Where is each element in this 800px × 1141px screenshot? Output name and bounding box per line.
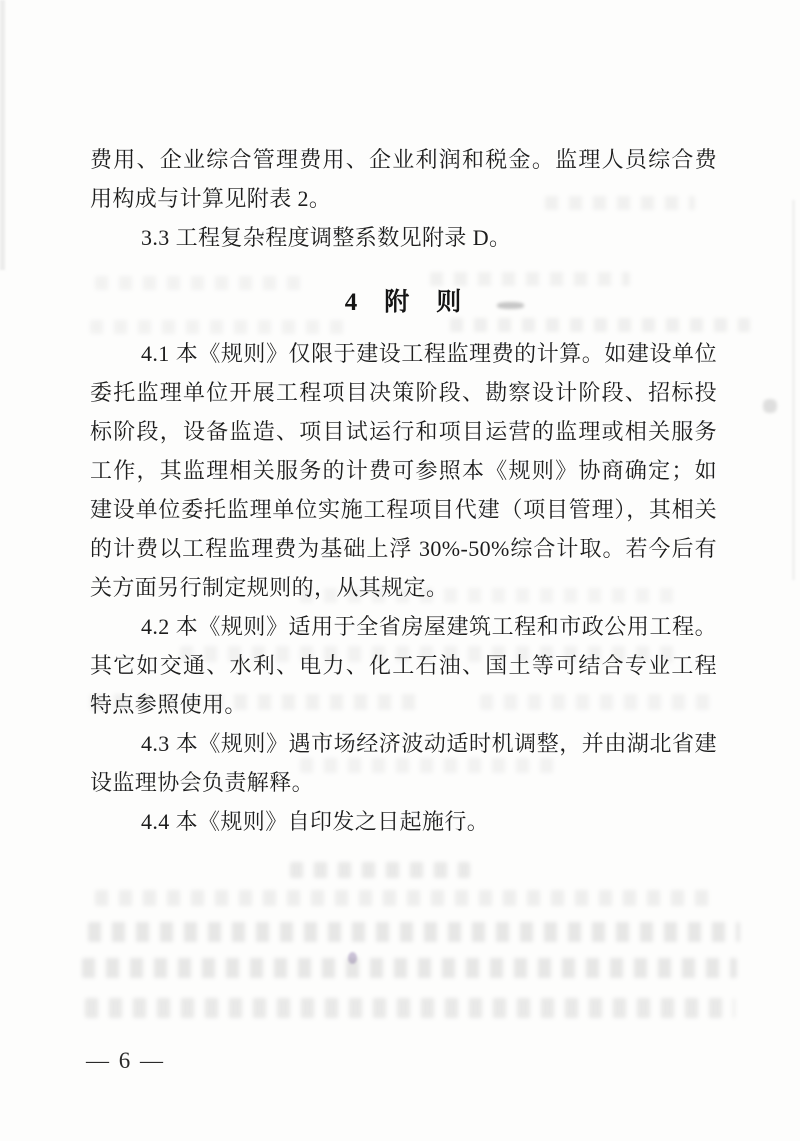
paragraph-4-2: 4.2 本《规则》适用于全省房屋建筑工程和市政公用工程。其它如交通、水利、电力、…	[90, 607, 717, 724]
bleed-through-artifact	[290, 862, 470, 878]
section-heading-appendix-rules: 4 附 则	[90, 283, 717, 322]
paragraph-3-3: 3.3 工程复杂程度调整系数见附录 D。	[90, 218, 717, 257]
page-content: 费用、企业综合管理费用、企业利润和税金。监理人员综合费用构成与计算见附表 2。 …	[90, 140, 717, 841]
stray-mark	[763, 399, 777, 413]
paragraph-4-3: 4.3 本《规则》遇市场经济波动适时机调整，并由湖北省建设监理协会负责解释。	[90, 724, 717, 802]
bleed-through-artifact	[88, 922, 740, 942]
scan-edge-line	[792, 200, 795, 580]
paragraph-fee-continuation: 费用、企业综合管理费用、企业利润和税金。监理人员综合费用构成与计算见附表 2。	[90, 140, 717, 218]
scanned-document-page: 费用、企业综合管理费用、企业利润和税金。监理人员综合费用构成与计算见附表 2。 …	[0, 0, 800, 1141]
bleed-through-artifact	[95, 890, 715, 906]
page-number: — 6 —	[86, 1048, 165, 1074]
bleed-through-artifact	[85, 998, 735, 1018]
paragraph-4-4: 4.4 本《规则》自印发之日起施行。	[90, 802, 717, 841]
scan-edge-strip	[0, 0, 5, 270]
paragraph-4-1: 4.1 本《规则》仅限于建设工程监理费的计算。如建设单位委托监理单位开展工程项目…	[90, 334, 717, 607]
bleed-through-artifact	[82, 958, 737, 978]
